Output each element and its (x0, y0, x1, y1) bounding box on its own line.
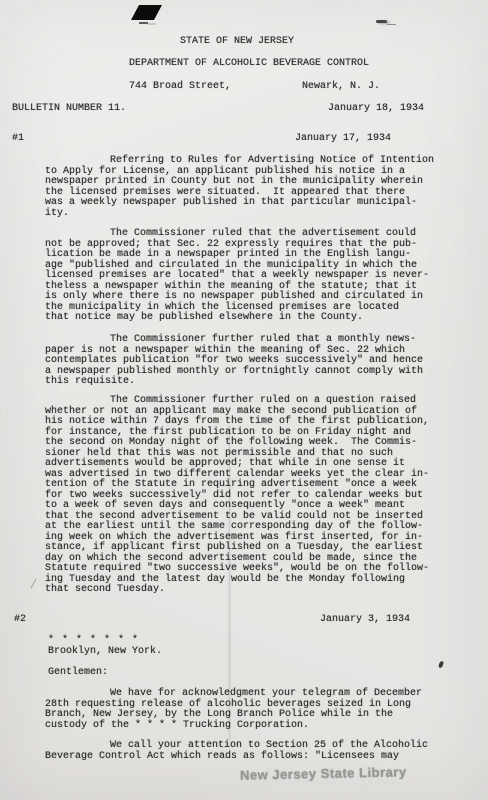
ink-blot-mark (131, 5, 162, 20)
item-1-paragraph-2: The Commissioner ruled that the advertis… (45, 229, 457, 324)
letterhead-state: STATE OF NEW JERSEY (180, 37, 294, 48)
right-edge-smudge-mark (438, 661, 444, 669)
item-1-date: January 17, 1934 (295, 134, 391, 145)
top-right-smudge-mark (376, 20, 387, 23)
item-1-paragraph-1: Referring to Rules for Advertising Notic… (45, 156, 457, 219)
item-2-paragraph-1: We have for acknowledgment your telegram… (45, 689, 457, 731)
item-2-addressee-masked: * * * * * * * (48, 636, 139, 647)
item-2-number: #2 (14, 615, 26, 626)
ink-speck-mark (139, 22, 148, 24)
bulletin-number: BULLETIN NUMBER 11. (12, 104, 126, 115)
letterhead-street: 744 Broad Street, (129, 82, 231, 93)
margin-pencil-mark (30, 578, 36, 588)
item-2-paragraph-2: We call your attention to Section 25 of … (45, 741, 457, 762)
item-1-number: #1 (12, 134, 24, 145)
letterhead-city: Newark, N. J. (302, 82, 380, 93)
item-2-salutation: Gentlemen: (48, 668, 108, 679)
item-2-addressee-city: Brooklyn, New York. (48, 647, 162, 658)
item-1-paragraph-4: The Commissioner further ruled on a ques… (45, 396, 457, 596)
library-stamp: New Jersey State Library (240, 767, 407, 781)
scanned-bulletin-page: STATE OF NEW JERSEY DEPARTMENT OF ALCOHO… (0, 0, 488, 800)
item-2-date: January 3, 1934 (320, 615, 410, 626)
letterhead-department: DEPARTMENT OF ALCOHOLIC BEVERAGE CONTROL (129, 59, 369, 70)
bulletin-date: January 18, 1934 (328, 104, 424, 115)
item-1-paragraph-3: The Commissioner further ruled that a mo… (45, 335, 457, 388)
